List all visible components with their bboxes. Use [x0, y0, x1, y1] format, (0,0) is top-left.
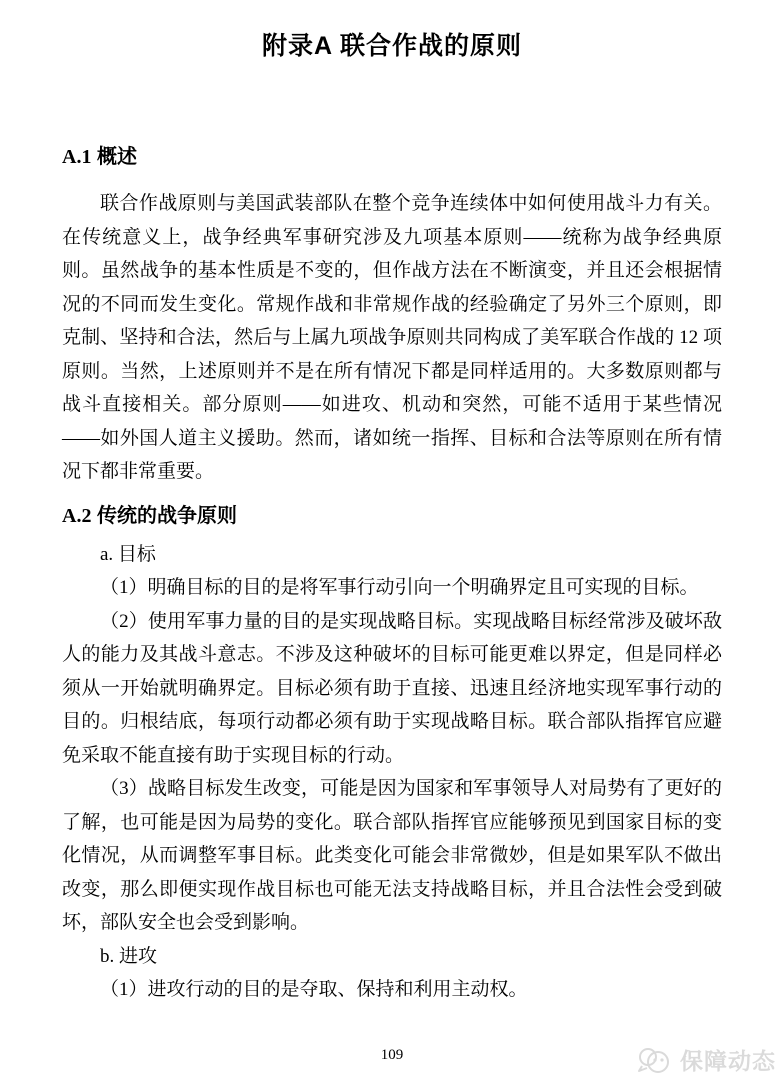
watermark: 保障动态: [635, 1043, 776, 1076]
paragraph-a-point-2: （2）使用军事力量的目的是实现战略目标。实现战略目标经常涉及破坏敌人的能力及其战…: [62, 605, 722, 773]
sub-item-label-a: a. 目标: [62, 538, 722, 572]
section-title-a1: 概述: [97, 146, 137, 168]
watermark-text: 保障动态: [680, 1043, 776, 1076]
document-page: 附录A 联合作战的原则 A.1 概述 联合作战原则与美国武装部队在整个竞争连续体…: [0, 0, 784, 1090]
paragraph-overview: 联合作战原则与美国武装部队在整个竞争连续体中如何使用战斗力有关。在传统意义上，战…: [62, 187, 722, 489]
section-number-a1: A.1: [62, 146, 91, 168]
page-title: 附录A 联合作战的原则: [62, 0, 722, 62]
paragraph-a-point-3: （3）战略目标发生改变，可能是因为国家和军事领导人对局势有了更好的了解，也可能是…: [62, 772, 722, 940]
broadcast-logo-icon: [635, 1045, 675, 1075]
paragraph-b-point-1: （1）进攻行动的目的是夺取、保持和利用主动权。: [62, 973, 722, 1007]
section-heading-a1: A.1 概述: [62, 144, 722, 170]
section-number-a2: A.2: [62, 505, 91, 527]
section-title-a2: 传统的战争原则: [97, 505, 237, 527]
section-heading-a2: A.2 传统的战争原则: [62, 503, 722, 529]
paragraph-a-point-1: （1）明确目标的目的是将军事行动引向一个明确界定且可实现的目标。: [62, 571, 722, 605]
sub-item-label-b: b. 进攻: [62, 940, 722, 974]
